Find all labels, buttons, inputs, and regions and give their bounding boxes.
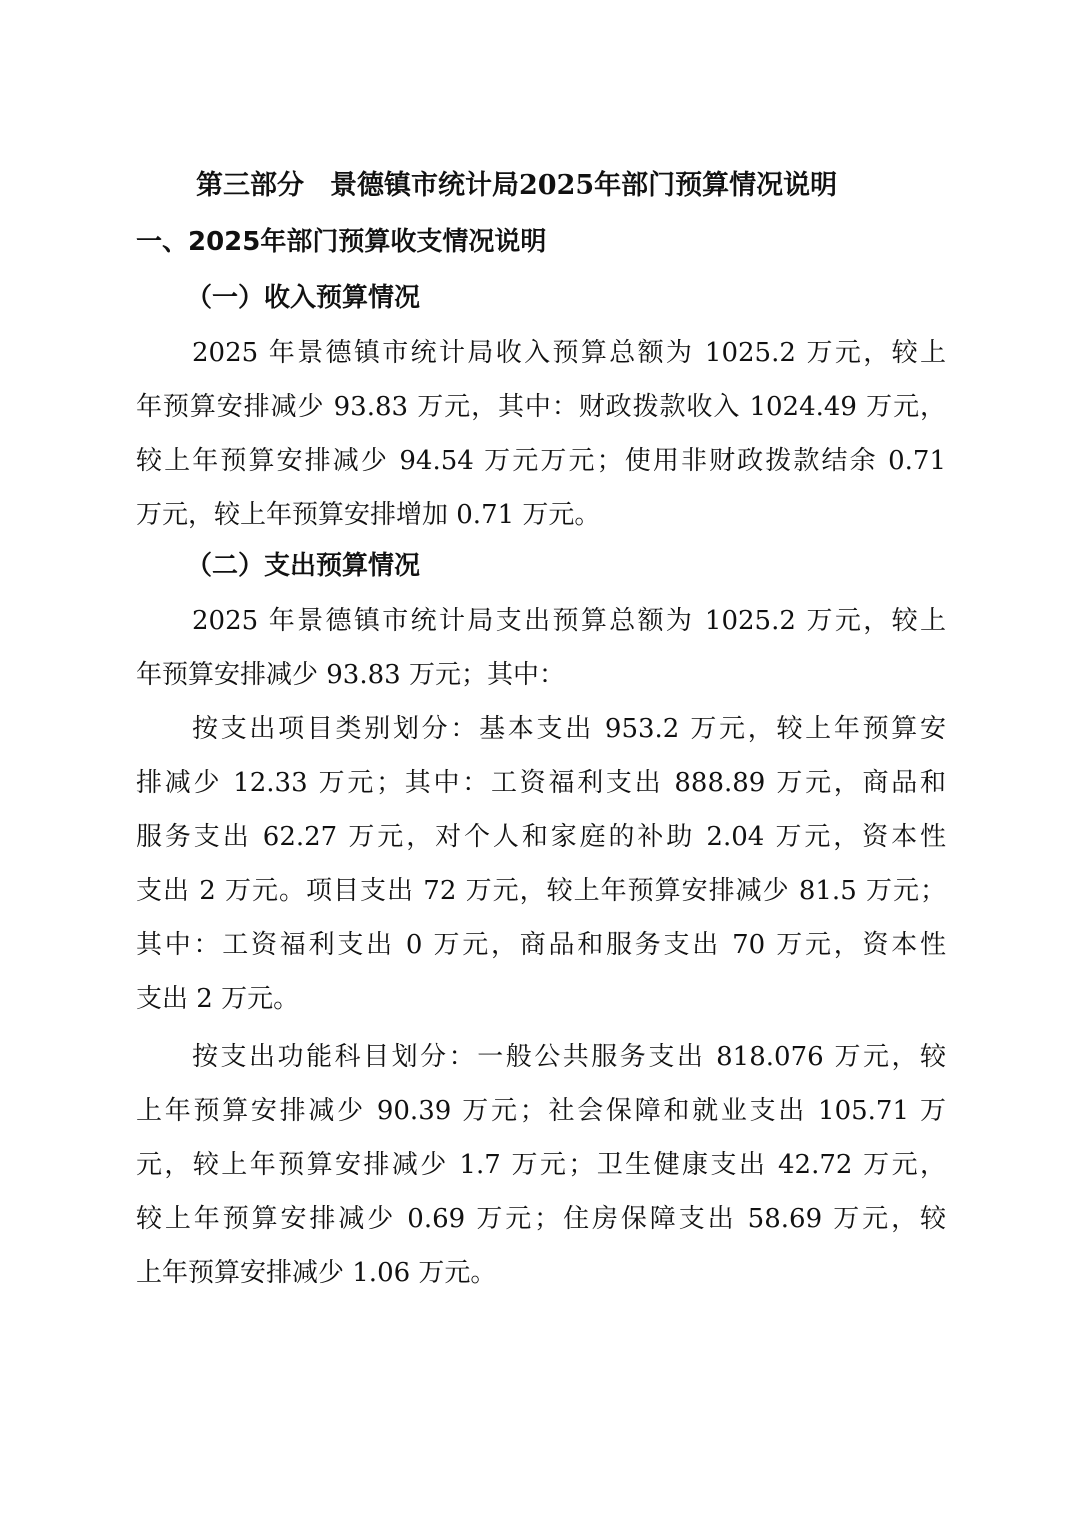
expenditure-by-function-paragraph: 按支出功能科目划分：一般公共服务支出 818.076 万元，较 上年预算安排减少… (136, 1030, 946, 1300)
text-line: 排减少 12.33 万元；其中：工资福利支出 888.89 万元，商品和 (136, 756, 946, 810)
text-line: 其中：工资福利支出 0 万元，商品和服务支出 70 万元，资本性 (136, 918, 946, 972)
section-heading-budget-overview: 一、2025年部门预算收支情况说明 (136, 222, 546, 262)
text-line: 支出 2 万元。 (136, 972, 946, 1026)
page-title: 第三部分景德镇市统计局2025年部门预算情况说明 (196, 166, 837, 206)
text-line: 上年预算安排减少 1.06 万元。 (136, 1246, 946, 1300)
subsection-heading-expenditure: （二）支出预算情况 (186, 546, 420, 586)
text-line: 2025 年景德镇市统计局支出预算总额为 1025.2 万元，较上 (136, 594, 946, 648)
expenditure-intro-paragraph: 2025 年景德镇市统计局支出预算总额为 1025.2 万元，较上 年预算安排减… (136, 594, 946, 702)
text-line: 支出 2 万元。项目支出 72 万元，较上年预算安排减少 81.5 万元； (136, 864, 946, 918)
text-line: 年预算安排减少 93.83 万元，其中：财政拨款收入 1024.49 万元， (136, 380, 946, 434)
title-main: 景德镇市统计局2025年部门预算情况说明 (330, 170, 837, 201)
title-part: 第三部分 (196, 170, 304, 201)
text-line: 按支出项目类别划分：基本支出 953.2 万元，较上年预算安 (136, 702, 946, 756)
text-line: 万元，较上年预算安排增加 0.71 万元。 (136, 488, 946, 542)
text-line: 按支出功能科目划分：一般公共服务支出 818.076 万元，较 (136, 1030, 946, 1084)
text-line: 元，较上年预算安排减少 1.7 万元；卫生健康支出 42.72 万元， (136, 1138, 946, 1192)
text-line: 2025 年景德镇市统计局收入预算总额为 1025.2 万元，较上 (136, 326, 946, 380)
text-line: 较上年预算安排减少 0.69 万元；住房保障支出 58.69 万元，较 (136, 1192, 946, 1246)
document-page: 第三部分景德镇市统计局2025年部门预算情况说明 一、2025年部门预算收支情况… (0, 0, 1074, 1520)
income-paragraph: 2025 年景德镇市统计局收入预算总额为 1025.2 万元，较上 年预算安排减… (136, 326, 946, 542)
text-line: 上年预算安排减少 90.39 万元；社会保障和就业支出 105.71 万 (136, 1084, 946, 1138)
text-line: 较上年预算安排减少 94.54 万元万元；使用非财政拨款结余 0.71 (136, 434, 946, 488)
text-line: 服务支出 62.27 万元，对个人和家庭的补助 2.04 万元，资本性 (136, 810, 946, 864)
text-line: 年预算安排减少 93.83 万元；其中： (136, 648, 946, 702)
subsection-heading-income: （一）收入预算情况 (186, 278, 420, 318)
expenditure-by-category-paragraph: 按支出项目类别划分：基本支出 953.2 万元，较上年预算安 排减少 12.33… (136, 702, 946, 1026)
